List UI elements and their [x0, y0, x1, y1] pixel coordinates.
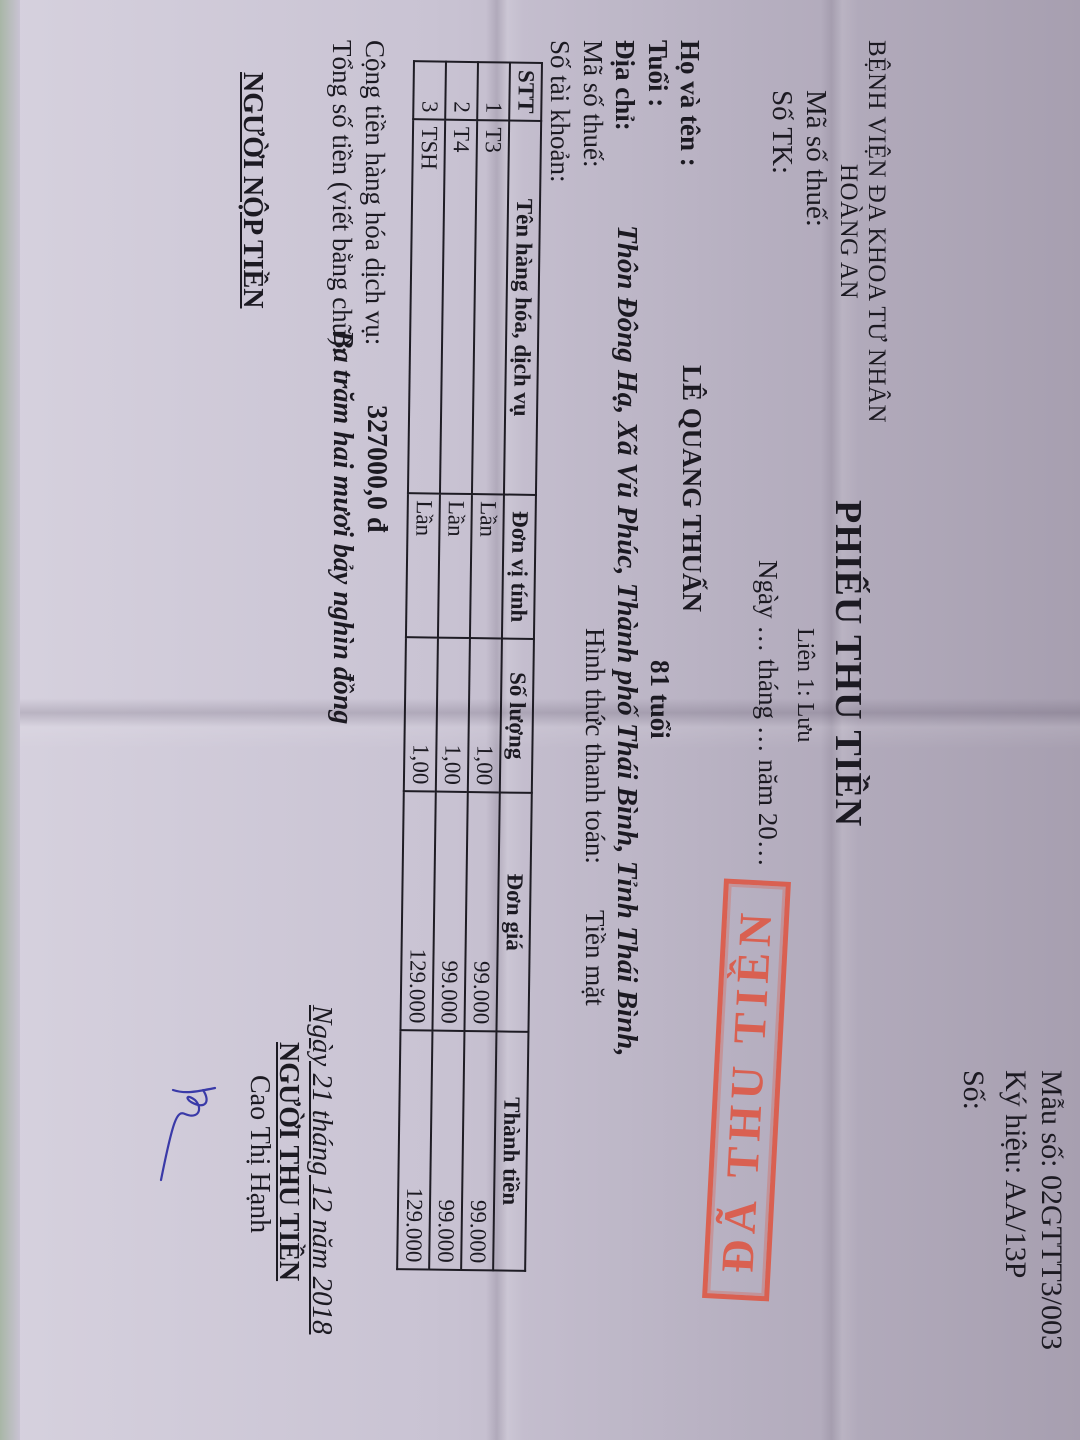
- payer-signature-title: NGƯỜI NỘP TIỀN: [236, 72, 268, 308]
- customer-age-value: 81 tuổi: [644, 660, 675, 739]
- header-item-name: Tên hàng hóa, dịch vụ: [504, 121, 541, 495]
- amount-in-words-value: Ba trăm hai mươi bảy nghìn đồng: [326, 330, 358, 724]
- customer-address-value: Thôn Đông Hạ, Xã Vũ Phúc, Thành phố Thái…: [610, 225, 643, 1057]
- document-title: PHIẾU THU TIỀN: [826, 500, 870, 827]
- receiver-name: Cao Thị Hạnh: [243, 1075, 275, 1233]
- hospital-name-line1: BỆNH VIỆN ĐA KHOA TƯ NHÂN: [863, 40, 890, 423]
- customer-age-label: Tuổi :: [642, 40, 673, 107]
- row-stt: 2: [445, 62, 478, 120]
- date-blank: Ngày … tháng … năm 20…: [752, 560, 783, 867]
- receiver-signature-title: NGƯỜI THU TIỀN: [272, 1042, 304, 1281]
- paid-stamp: ĐÃ THU TIỀN: [702, 879, 791, 1302]
- row-unit-price: 99.000: [464, 792, 499, 1031]
- header-stt: STT: [509, 63, 542, 121]
- invoice-symbol: Ký hiệu: AA/13P: [998, 1070, 1032, 1278]
- row-quantity: 1,00: [436, 638, 470, 792]
- header-unit: Đơn vị tính: [502, 494, 536, 638]
- customer-name-value: LÊ QUANG THUẤN: [676, 365, 707, 612]
- header-unit-price: Đơn giá: [496, 792, 531, 1031]
- row-item-name: T3: [472, 120, 509, 494]
- handwritten-signature-icon: [155, 1080, 225, 1190]
- customer-address-label: Địa chỉ:: [609, 40, 640, 131]
- customer-account-label: Số tài khoản:: [544, 40, 575, 183]
- row-unit-price: 99.000: [432, 792, 467, 1031]
- row-quantity: 1,00: [404, 637, 438, 791]
- subtotal-label: Cộng tiền hàng hóa dịch vụ:: [359, 40, 390, 345]
- row-unit-price: 129.000: [400, 791, 435, 1030]
- row-stt: 3: [413, 61, 446, 119]
- header-quantity: Số lượng: [500, 638, 534, 792]
- amount-in-words-label: Tổng số tiền (viết bằng chữ):: [326, 40, 357, 354]
- row-amount: 129.000: [397, 1030, 432, 1269]
- form-number: Mẫu số: 02GTTT3/003: [1034, 1070, 1068, 1350]
- subtotal-value: 327000,0 đ: [360, 405, 392, 533]
- items-table: STT Tên hàng hóa, dịch vụ Đơn vị tính Số…: [396, 60, 543, 1272]
- signing-date: Ngày 21 tháng 12 năm 2018: [305, 1005, 338, 1334]
- receipt-document: BỆNH VIỆN ĐA KHOA TƯ NHÂN HOÀNG AN Mã số…: [0, 0, 1080, 1440]
- payment-method-value: Tiền mặt: [579, 910, 610, 1006]
- payment-method-label: Hình thức thanh toán:: [579, 628, 610, 864]
- hospital-name-line2: HOÀNG AN: [834, 40, 862, 423]
- row-amount: 99.000: [461, 1031, 496, 1270]
- row-unit: Lần: [438, 494, 472, 638]
- row-item-name: T4: [440, 120, 477, 494]
- row-unit: Lần: [406, 493, 440, 637]
- hospital-name: BỆNH VIỆN ĐA KHOA TƯ NHÂN HOÀNG AN: [834, 40, 890, 423]
- header-amount: Thành tiền: [493, 1031, 528, 1270]
- row-amount: 99.000: [429, 1031, 464, 1270]
- customer-name-label: Họ và tên :: [674, 40, 705, 167]
- row-unit: Lần: [470, 494, 504, 638]
- row-quantity: 1,00: [468, 638, 502, 792]
- row-stt: 1: [477, 62, 510, 120]
- seller-tax-code-label: Mã số thuế:: [799, 90, 832, 227]
- document-edge: [0, 0, 20, 1440]
- customer-tax-code-label: Mã số thuế:: [577, 40, 608, 168]
- copy-label: Liên 1: Lưu: [791, 628, 818, 742]
- seller-account-label: Số TK:: [765, 90, 798, 174]
- serial-label: Số:: [956, 1070, 990, 1110]
- row-item-name: TSH: [408, 119, 445, 493]
